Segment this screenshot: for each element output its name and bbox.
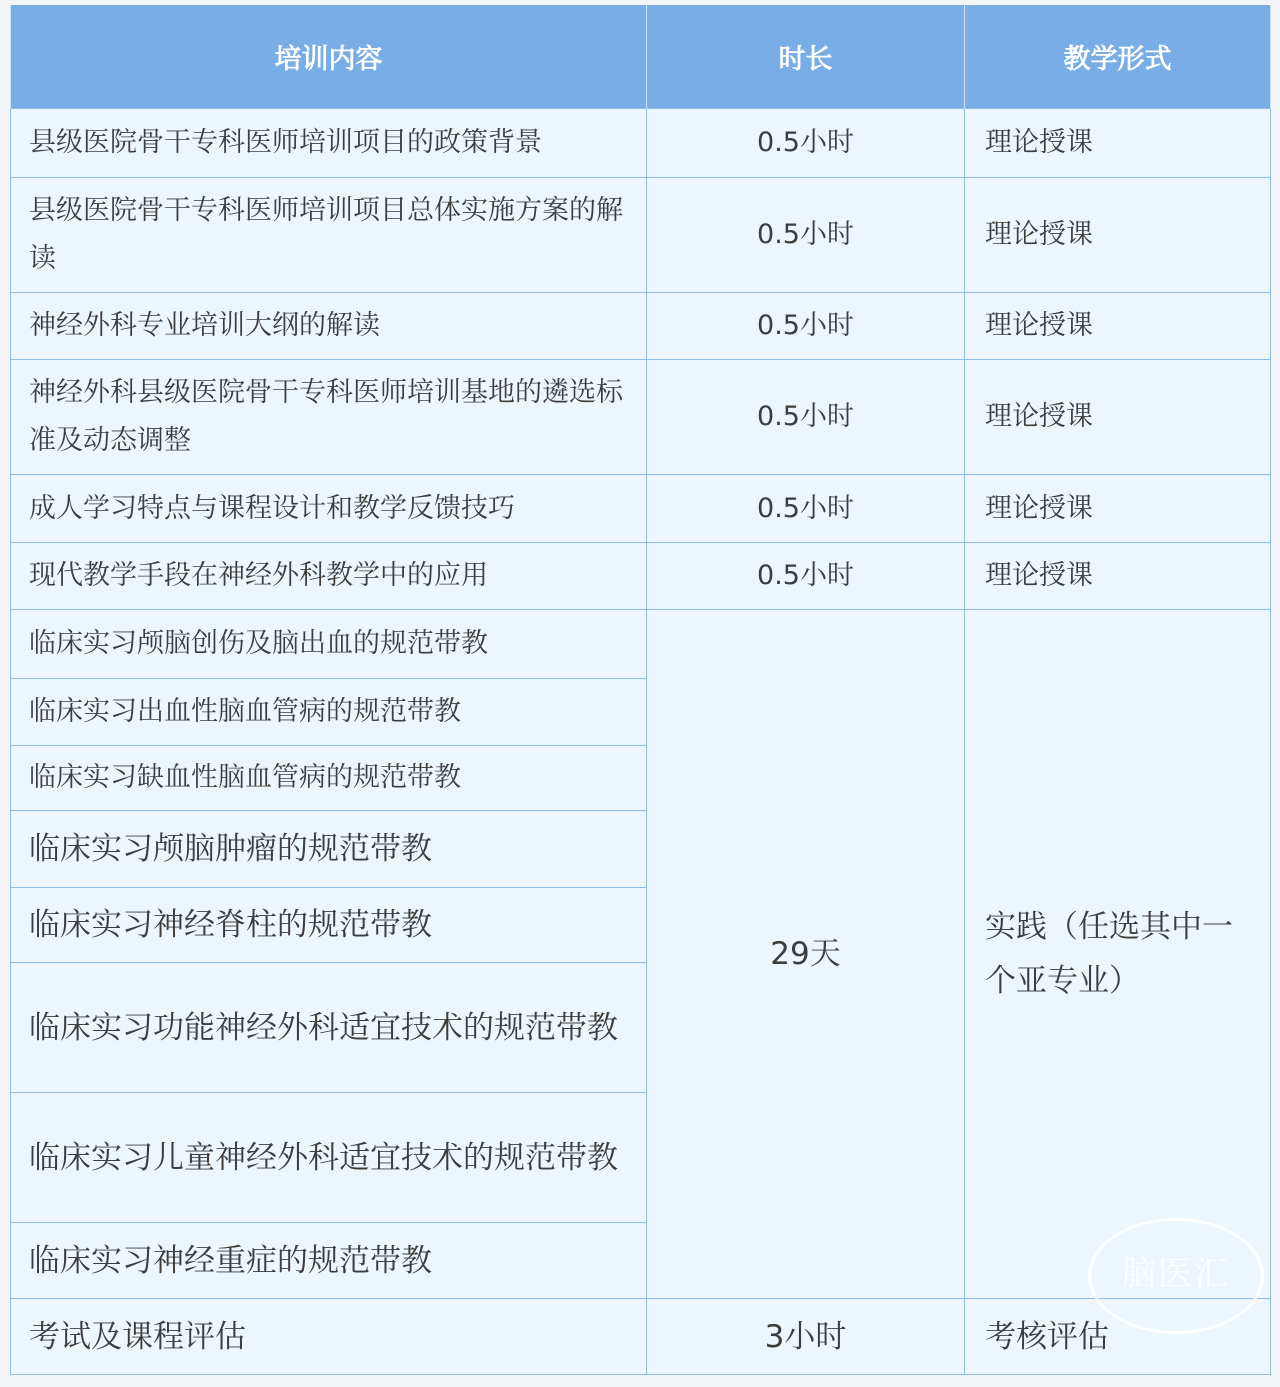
header-duration: 时长 [647, 5, 965, 109]
duration-cell: 0.5小时 [647, 293, 965, 360]
training-schedule-table: 培训内容 时长 教学形式 县级医院骨干专科医师培训项目的政策背景 0.5小时 理… [10, 5, 1271, 1375]
form-cell: 理论授课 [965, 360, 1271, 475]
content-cell: 神经外科县级医院骨干专科医师培训基地的遴选标准及动态调整 [11, 360, 647, 475]
content-cell: 县级医院骨干专科医师培训项目总体实施方案的解读 [11, 178, 647, 293]
content-cell: 临床实习功能神经外科适宜技术的规范带教 [11, 963, 647, 1093]
table-row: 临床实习颅脑创伤及脑出血的规范带教 29天 实践（任选其中一个亚专业） [11, 610, 1271, 679]
header-content: 培训内容 [11, 5, 647, 109]
content-cell: 考试及课程评估 [11, 1299, 647, 1375]
content-cell: 神经外科专业培训大纲的解读 [11, 293, 647, 360]
duration-cell: 3小时 [647, 1299, 965, 1375]
form-cell: 理论授课 [965, 178, 1271, 293]
table-row: 县级医院骨干专科医师培训项目的政策背景 0.5小时 理论授课 [11, 109, 1271, 178]
table-row: 神经外科专业培训大纲的解读 0.5小时 理论授课 [11, 293, 1271, 360]
table-row: 神经外科县级医院骨干专科医师培训基地的遴选标准及动态调整 0.5小时 理论授课 [11, 360, 1271, 475]
duration-cell: 0.5小时 [647, 109, 965, 178]
duration-cell: 0.5小时 [647, 543, 965, 610]
content-cell: 县级医院骨干专科医师培训项目的政策背景 [11, 109, 647, 178]
content-cell: 临床实习神经重症的规范带教 [11, 1223, 647, 1299]
table-header-row: 培训内容 时长 教学形式 [11, 5, 1271, 109]
duration-cell: 29天 [647, 610, 965, 1299]
header-form: 教学形式 [965, 5, 1271, 109]
content-cell: 临床实习神经脊柱的规范带教 [11, 888, 647, 963]
form-cell: 理论授课 [965, 109, 1271, 178]
content-cell: 现代教学手段在神经外科教学中的应用 [11, 543, 647, 610]
table-row: 考试及课程评估 3小时 考核评估 [11, 1299, 1271, 1375]
form-cell: 理论授课 [965, 293, 1271, 360]
form-cell: 实践（任选其中一个亚专业） [965, 610, 1271, 1299]
duration-cell: 0.5小时 [647, 475, 965, 543]
content-cell: 临床实习颅脑肿瘤的规范带教 [11, 811, 647, 888]
duration-cell: 0.5小时 [647, 360, 965, 475]
form-cell: 理论授课 [965, 475, 1271, 543]
form-cell: 理论授课 [965, 543, 1271, 610]
duration-cell: 0.5小时 [647, 178, 965, 293]
table-row: 县级医院骨干专科医师培训项目总体实施方案的解读 0.5小时 理论授课 [11, 178, 1271, 293]
table-row: 现代教学手段在神经外科教学中的应用 0.5小时 理论授课 [11, 543, 1271, 610]
watermark-logo: 脑医汇 [1088, 1218, 1264, 1334]
content-cell: 临床实习出血性脑血管病的规范带教 [11, 679, 647, 746]
table-row: 成人学习特点与课程设计和教学反馈技巧 0.5小时 理论授课 [11, 475, 1271, 543]
content-cell: 临床实习缺血性脑血管病的规范带教 [11, 746, 647, 811]
content-cell: 成人学习特点与课程设计和教学反馈技巧 [11, 475, 647, 543]
content-cell: 临床实习颅脑创伤及脑出血的规范带教 [11, 610, 647, 679]
content-cell: 临床实习儿童神经外科适宜技术的规范带教 [11, 1093, 647, 1223]
